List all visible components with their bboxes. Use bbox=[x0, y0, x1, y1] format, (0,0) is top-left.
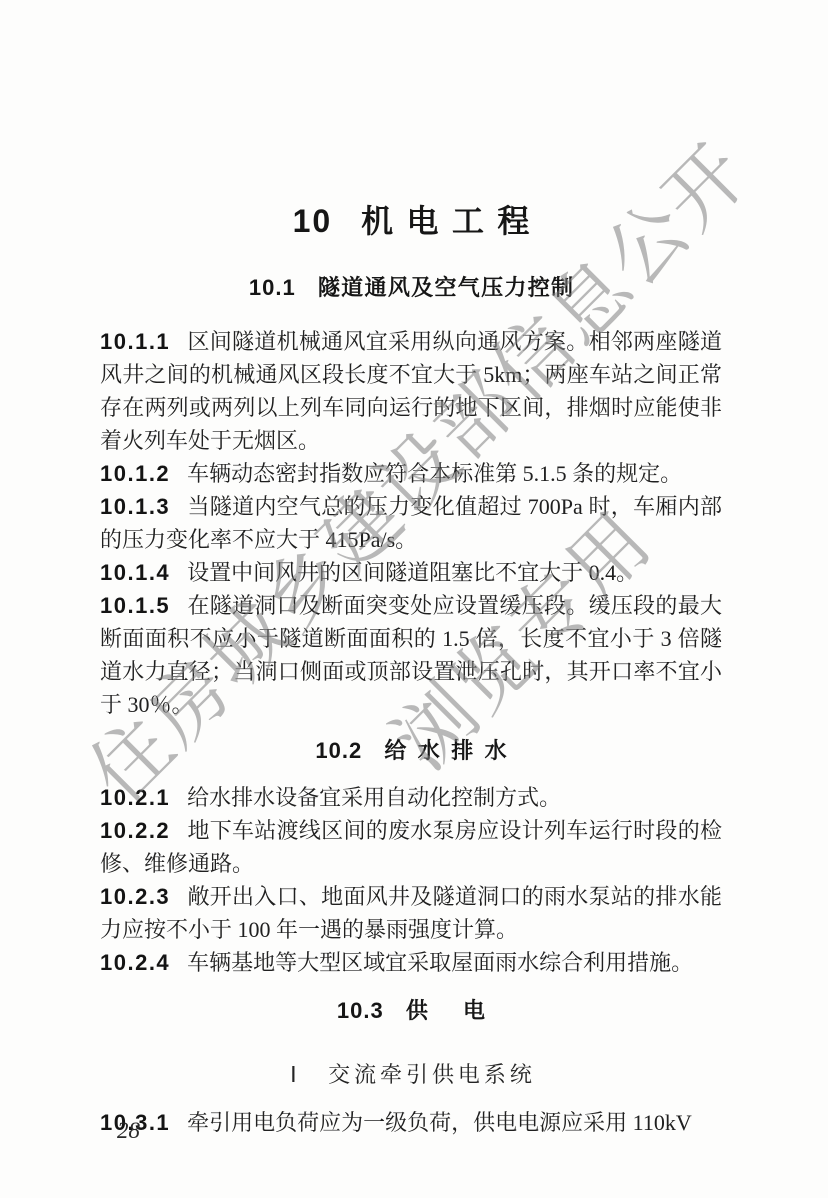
clause-text: 地下车站渡线区间的废水泵房应设计列车运行时段的检修、维修通路。 bbox=[100, 818, 722, 876]
clause-number: 10.1.1 bbox=[100, 329, 170, 354]
clause-10-2-4: 10.2.4车辆基地等大型区域宜采取屋面雨水综合利用措施。 bbox=[100, 946, 722, 979]
clause-10-1-4: 10.1.4设置中间风井的区间隧道阻塞比不宜大于 0.4。 bbox=[100, 556, 722, 589]
section-title: 给水排水 bbox=[384, 738, 518, 763]
clause-number: 10.2.3 bbox=[100, 884, 170, 909]
clause-number: 10.1.2 bbox=[100, 461, 170, 486]
clause-number: 10.1.5 bbox=[100, 593, 170, 618]
clause-text: 设置中间风井的区间隧道阻塞比不宜大于 0.4。 bbox=[187, 560, 638, 585]
clause-10-3-1: 10.3.1牵引用电负荷应为一级负荷，供电电源应采用 110kV bbox=[100, 1106, 722, 1139]
clause-text: 在隧道洞口及断面突变处应设置缓压段。缓压段的最大断面面积不应小于隧道断面面积的 … bbox=[100, 593, 722, 717]
clause-text: 给水排水设备宜采用自动化控制方式。 bbox=[187, 785, 561, 810]
document-page: 住房城乡建设部信息公开 浏览专用 10 机电工程 10.1 隧道通风及空气压力控… bbox=[0, 0, 828, 1198]
clause-text: 车辆动态密封指数应符合本标准第 5.1.5 条的规定。 bbox=[187, 461, 682, 486]
clause-number: 10.2.2 bbox=[100, 818, 170, 843]
section-title: 隧道通风及空气压力控制 bbox=[318, 275, 575, 300]
chapter-title-text: 机电工程 bbox=[361, 203, 543, 239]
chapter-title: 10 机电工程 bbox=[100, 199, 722, 243]
document-content: 10 机电工程 10.1 隧道通风及空气压力控制 10.1.1区间隧道机械通风宜… bbox=[100, 199, 722, 1139]
clause-number: 10.1.3 bbox=[100, 494, 170, 519]
clause-number: 10.2.1 bbox=[100, 785, 170, 810]
section-number: 10.1 bbox=[249, 275, 296, 300]
clause-10-2-2: 10.2.2地下车站渡线区间的废水泵房应设计列车运行时段的检修、维修通路。 bbox=[100, 814, 722, 880]
section-number: 10.2 bbox=[315, 738, 362, 763]
clause-10-1-3: 10.1.3当隧道内空气总的压力变化值超过 700Pa 时，车厢内部的压力变化率… bbox=[100, 490, 722, 556]
clause-number: 10.2.4 bbox=[100, 950, 170, 975]
clause-text: 牵引用电负荷应为一级负荷，供电电源应采用 110kV bbox=[187, 1110, 692, 1135]
section-heading-10-2: 10.2 给水排水 bbox=[100, 734, 722, 768]
chapter-number: 10 bbox=[293, 203, 333, 239]
section-heading-10-3: 10.3 供电 bbox=[100, 994, 722, 1028]
clause-10-1-2: 10.1.2车辆动态密封指数应符合本标准第 5.1.5 条的规定。 bbox=[100, 457, 722, 490]
clause-10-2-3: 10.2.3敞开出入口、地面风井及隧道洞口的雨水泵站的排水能力应按不小于 100… bbox=[100, 880, 722, 946]
clause-10-2-1: 10.2.1给水排水设备宜采用自动化控制方式。 bbox=[100, 781, 722, 814]
subsection-numeral: Ⅰ bbox=[290, 1062, 297, 1087]
clause-text: 敞开出入口、地面风井及隧道洞口的雨水泵站的排水能力应按不小于 100 年一遇的暴… bbox=[100, 884, 722, 942]
clause-10-1-5: 10.1.5在隧道洞口及断面突变处应设置缓压段。缓压段的最大断面面积不应小于隧道… bbox=[100, 589, 722, 721]
section-heading-10-1: 10.1 隧道通风及空气压力控制 bbox=[100, 271, 722, 305]
subsection-title: 交流牵引供电系统 bbox=[328, 1062, 536, 1087]
page-number: 28 bbox=[117, 1118, 140, 1144]
clause-text: 当隧道内空气总的压力变化值超过 700Pa 时，车厢内部的压力变化率不应大于 4… bbox=[100, 494, 722, 552]
clause-text: 车辆基地等大型区域宜采取屋面雨水综合利用措施。 bbox=[187, 950, 693, 975]
section-number: 10.3 bbox=[337, 998, 384, 1023]
clause-number: 10.1.4 bbox=[100, 560, 170, 585]
clause-10-1-1: 10.1.1区间隧道机械通风宜采用纵向通风方案。相邻两座隧道风井之间的机械通风区… bbox=[100, 325, 722, 457]
clause-text: 区间隧道机械通风宜采用纵向通风方案。相邻两座隧道风井之间的机械通风区段长度不宜大… bbox=[100, 329, 722, 453]
section-title: 供电 bbox=[406, 998, 520, 1023]
subsection-heading-I: Ⅰ 交流牵引供电系统 bbox=[100, 1058, 722, 1091]
